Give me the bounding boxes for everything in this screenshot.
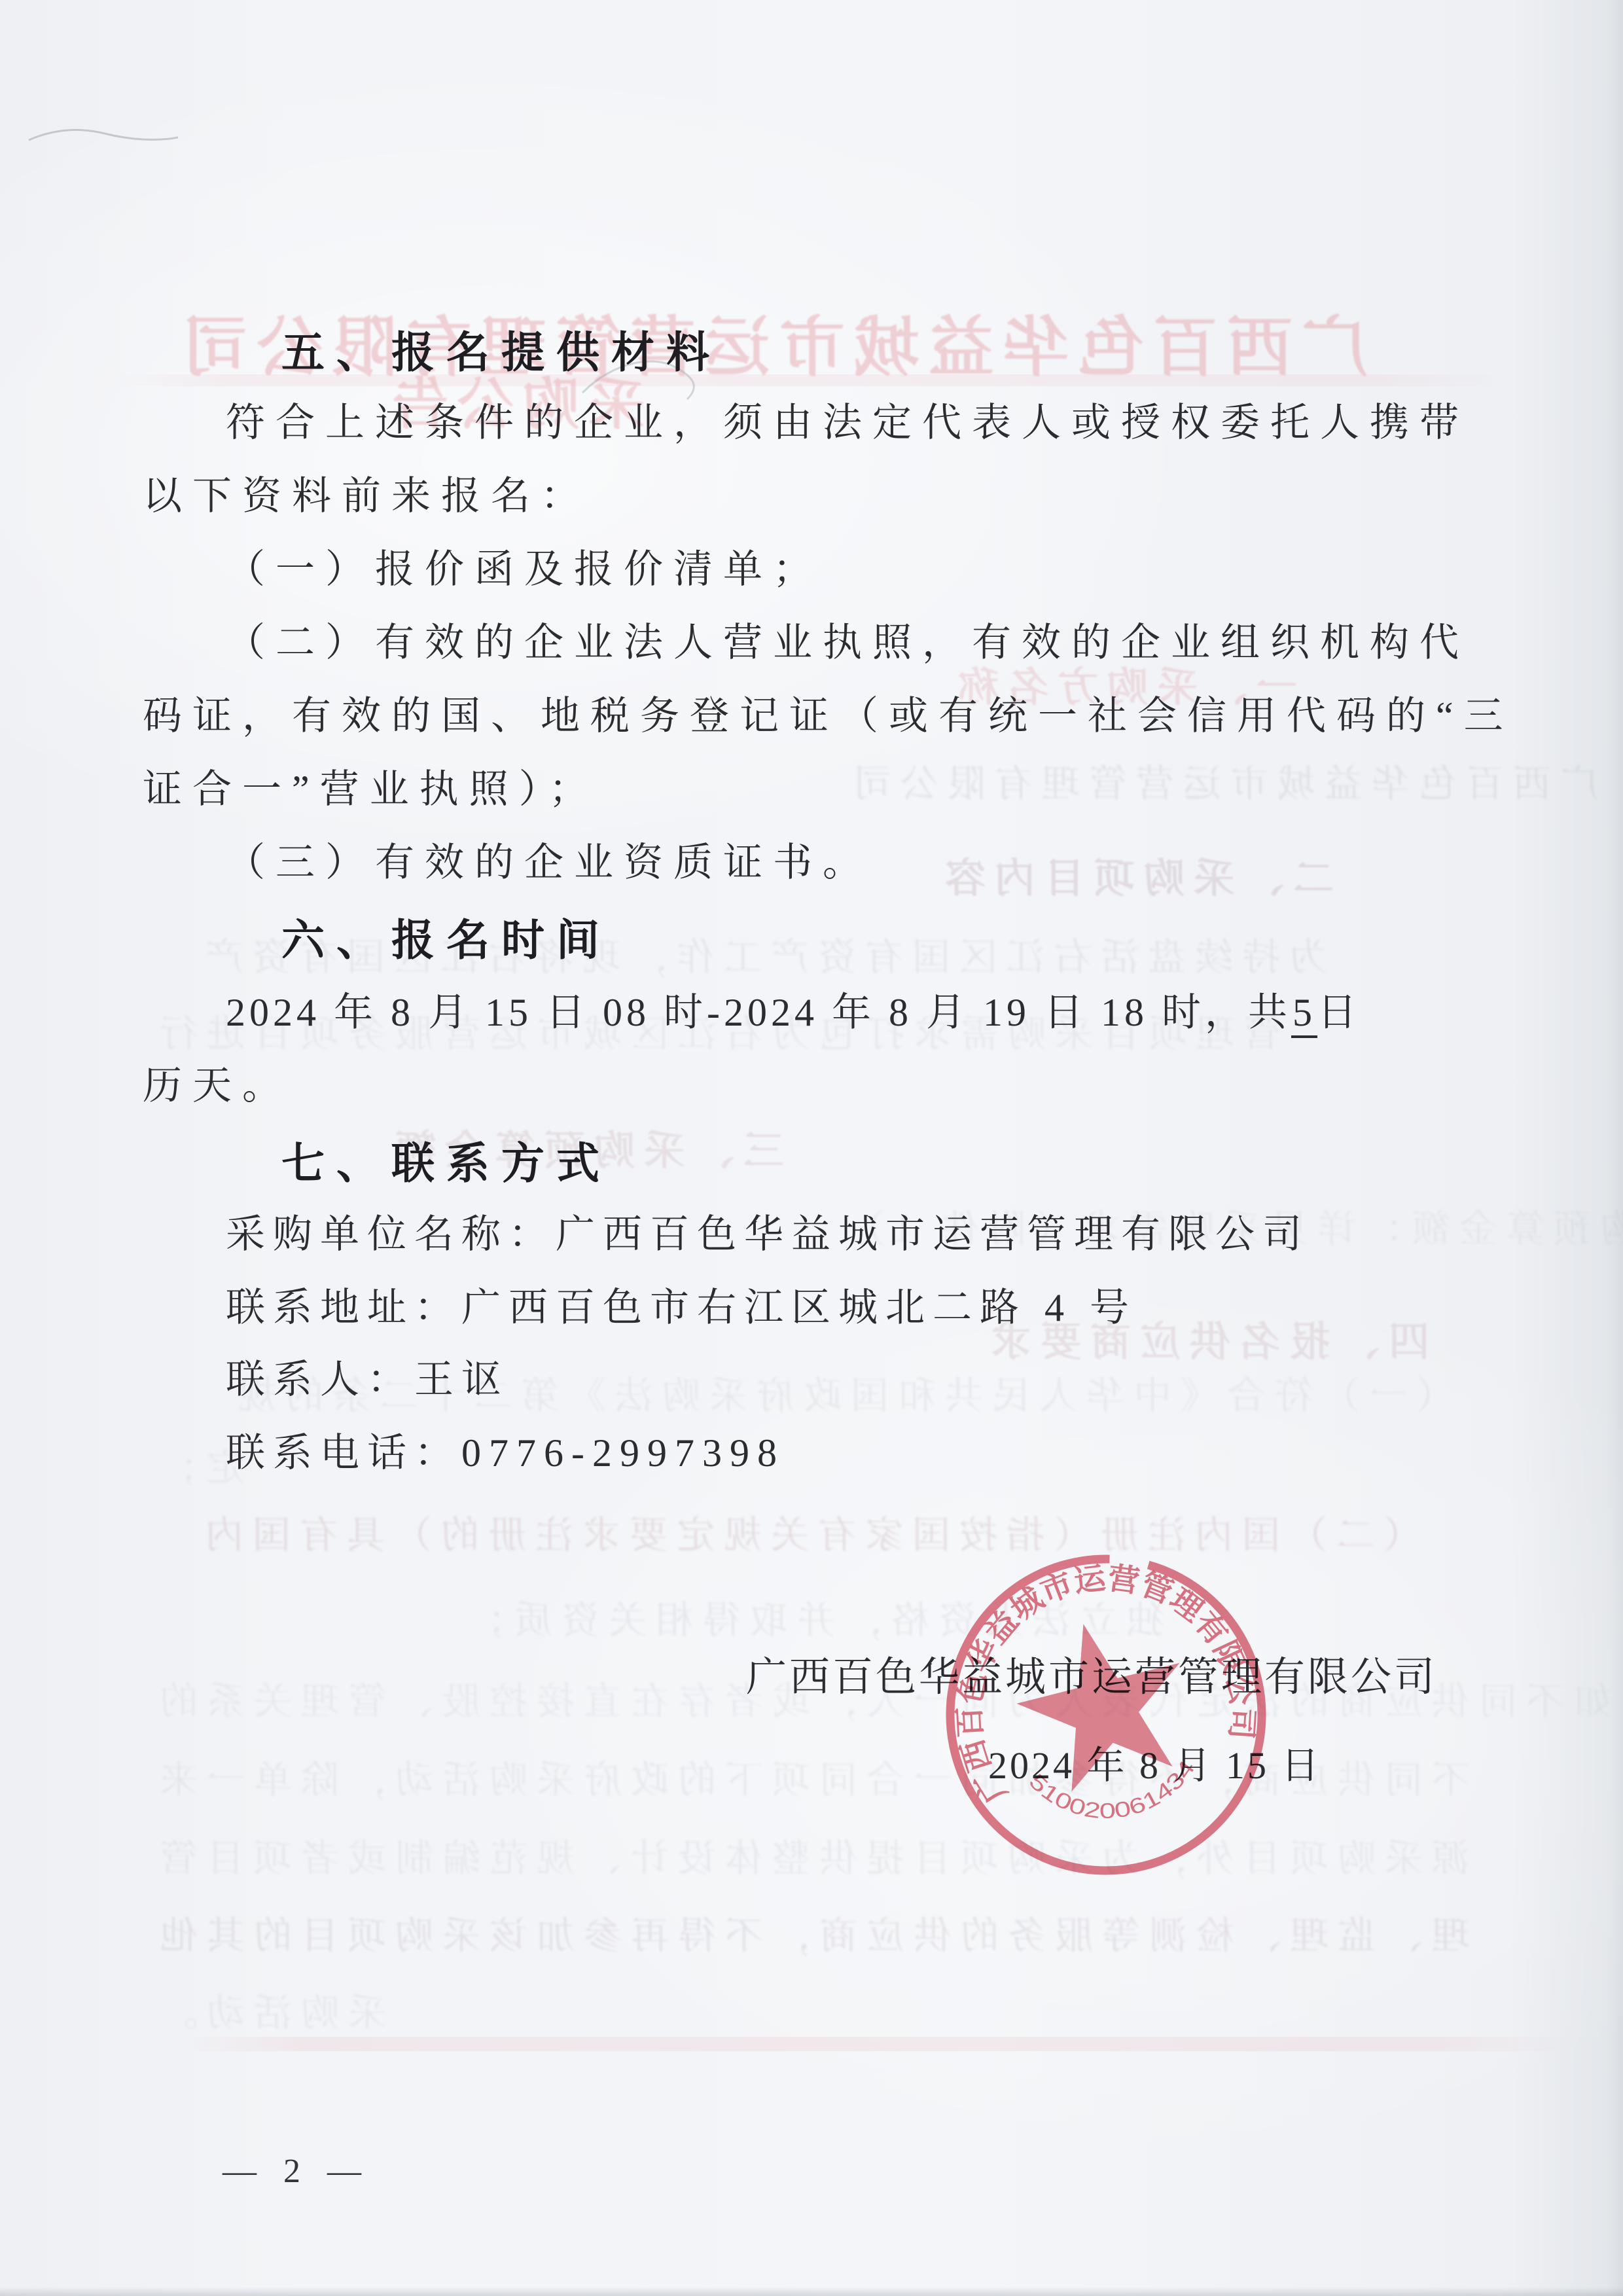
material-item-1: （一）报价函及报价清单； bbox=[226, 538, 823, 594]
pencil-mark-top-left bbox=[26, 118, 183, 157]
contact-org-line: 采购单位名称：广西百色华益城市运营管理有限公司 bbox=[226, 1203, 1310, 1259]
material-item-2-line-2: 码证，有效的国、地税务登记证（或有统一社会信用代码的“三 bbox=[143, 685, 1514, 741]
contact-address-line: 联系地址：广西百色市右江区城北二路 4 号 bbox=[226, 1276, 1137, 1333]
section-7-heading: 七、联系方式 bbox=[281, 1128, 611, 1191]
time-unit-text: 日 bbox=[1317, 991, 1361, 1034]
day-count-underlined: 5 bbox=[1291, 991, 1317, 1038]
registration-time-line-2: 历天。 bbox=[143, 1054, 292, 1111]
registration-time-line-1: 2024 年 8 月 15 日 08 时-2024 年 8 月 19 日 18 … bbox=[226, 981, 1361, 1037]
intro-paragraph-line-2: 以下资料前来报名： bbox=[143, 465, 590, 521]
bleedthrough-line: 二、采购项目内容 bbox=[936, 846, 1334, 904]
scanned-document-page: 广西百色华益城市运营管理有限公司采购公告一、采购方名称广西百色华益城市运营管理有… bbox=[0, 0, 1623, 2296]
bleedthrough-band-bottom bbox=[183, 2037, 1571, 2051]
intro-paragraph-line-1: 符合上述条件的企业，须由法定代表人或授权委托人携带 bbox=[226, 391, 1469, 448]
contact-phone-line: 联系电话：0776-2997398 bbox=[226, 1422, 785, 1478]
time-range-text: 2024 年 8 月 15 日 08 时-2024 年 8 月 19 日 18 … bbox=[226, 991, 1291, 1034]
svg-text:510020061434: 510020061434 bbox=[1022, 1732, 1207, 1843]
seal-code-text: 510020061434 bbox=[1022, 1732, 1207, 1843]
contact-person-line: 联系人：王讴 bbox=[226, 1348, 508, 1405]
material-item-2-line-1: （二）有效的企业法人营业执照，有效的企业组织机构代 bbox=[226, 611, 1469, 668]
page-number: — 2 — bbox=[223, 2152, 370, 2191]
bleedthrough-line: 采购活动。 bbox=[151, 1982, 386, 2037]
material-item-3: （三）有效的企业资质证书。 bbox=[226, 831, 872, 888]
bleedthrough-line: 广西百色华益城市运营管理有限公司 bbox=[844, 753, 1598, 808]
section-5-heading: 五、报名提供材料 bbox=[281, 317, 721, 380]
bleedthrough-layer: 广西百色华益城市运营管理有限公司采购公告一、采购方名称广西百色华益城市运营管理有… bbox=[0, 0, 1623, 2296]
company-seal-stamp: 广西百色华益城市运营管理有限公司 510020061434 bbox=[892, 1501, 1321, 1929]
material-item-2-line-3: 证合一”营业执照）； bbox=[143, 758, 599, 814]
bleedthrough-line: 理、监理、检测等服务的供应商，不得再参加该采购项目的其他 bbox=[151, 1905, 1470, 1960]
section-6-heading: 六、报名时间 bbox=[281, 905, 611, 967]
